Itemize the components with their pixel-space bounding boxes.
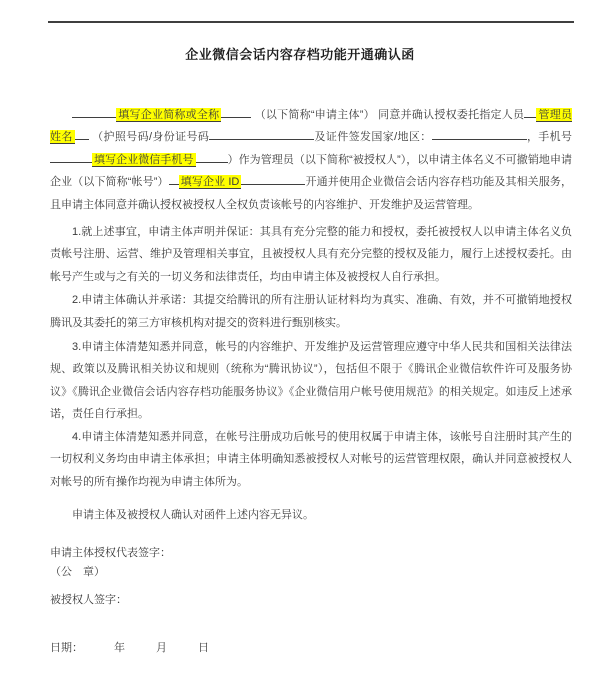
date-month-label: 月	[156, 639, 167, 658]
date-day-label: 日	[198, 639, 209, 658]
clause-paragraph-4: 4.申请主体清楚知悉并同意，在帐号注册成功后帐号的使用权属于申请主体，该帐号自注…	[50, 426, 572, 493]
top-rule	[48, 21, 574, 23]
intro-text-2: （护照号码/身份证号码	[92, 131, 209, 143]
closing-paragraph: 申请主体及被授权人确认对函件上述内容无异议。	[50, 504, 572, 526]
intro-text-3: 及证件签发国家/地区：	[314, 131, 431, 143]
document-title: 企业微信会话内容存档功能开通确认函	[0, 44, 600, 63]
signature-seal-label: （公 章）	[50, 563, 572, 582]
intro-paragraph: 填写企业简称或全称 （以下简称“申请主体”） 同意并确认授权委托指定人员管理员姓…	[50, 104, 572, 216]
intro-text-4: ，手机号	[527, 131, 572, 143]
intro-text-1: （以下简称“申请主体”） 同意并确认授权委托指定人员	[255, 109, 525, 121]
signature-block: 申请主体授权代表签字： （公 章） 被授权人签字： 日期：年月日	[50, 544, 572, 658]
blank-admin-leading	[524, 106, 536, 118]
clause-paragraph-1: 1.就上述事宜，申请主体声明并保证：其具有充分完整的能力和授权，委托被授权人以申…	[50, 221, 572, 288]
clause-paragraph-3: 3.申请主体清楚知悉并同意，帐号的内容维护、开发维护及运营管理应遵守中华人民共和…	[50, 336, 572, 426]
document-page: 企业微信会话内容存档功能开通确认函 填写企业简称或全称 （以下简称“申请主体”）…	[0, 0, 600, 674]
blank-id-number	[209, 128, 314, 140]
blank-company-leading	[72, 106, 116, 118]
blank-corpid-trailing	[241, 173, 305, 185]
highlight-field-company-name: 填写企业简称或全称	[116, 108, 221, 122]
blank-phone-leading	[50, 151, 92, 163]
signature-authorized-label: 被授权人签字：	[50, 591, 572, 610]
blank-issuing-country	[432, 128, 527, 140]
date-year-label: 年	[114, 639, 125, 658]
highlight-field-corp-id: 填写企业 ID	[179, 175, 242, 189]
highlight-field-wecom-phone: 填写企业微信手机号	[92, 153, 196, 167]
signature-date-line: 日期：年月日	[50, 639, 572, 658]
blank-phone-trailing	[196, 151, 228, 163]
blank-admin-trailing	[75, 128, 89, 140]
date-label: 日期：	[50, 642, 83, 654]
document-content: 填写企业简称或全称 （以下简称“申请主体”） 同意并确认授权委托指定人员管理员姓…	[50, 104, 572, 658]
signature-applicant-label: 申请主体授权代表签字：	[50, 544, 572, 563]
blank-corpid-leading	[169, 173, 179, 185]
clause-paragraph-2: 2.申请主体确认并承诺：其提交给腾讯的所有注册认证材料均为真实、准确、有效，并不…	[50, 289, 572, 334]
blank-company-trailing	[221, 106, 251, 118]
